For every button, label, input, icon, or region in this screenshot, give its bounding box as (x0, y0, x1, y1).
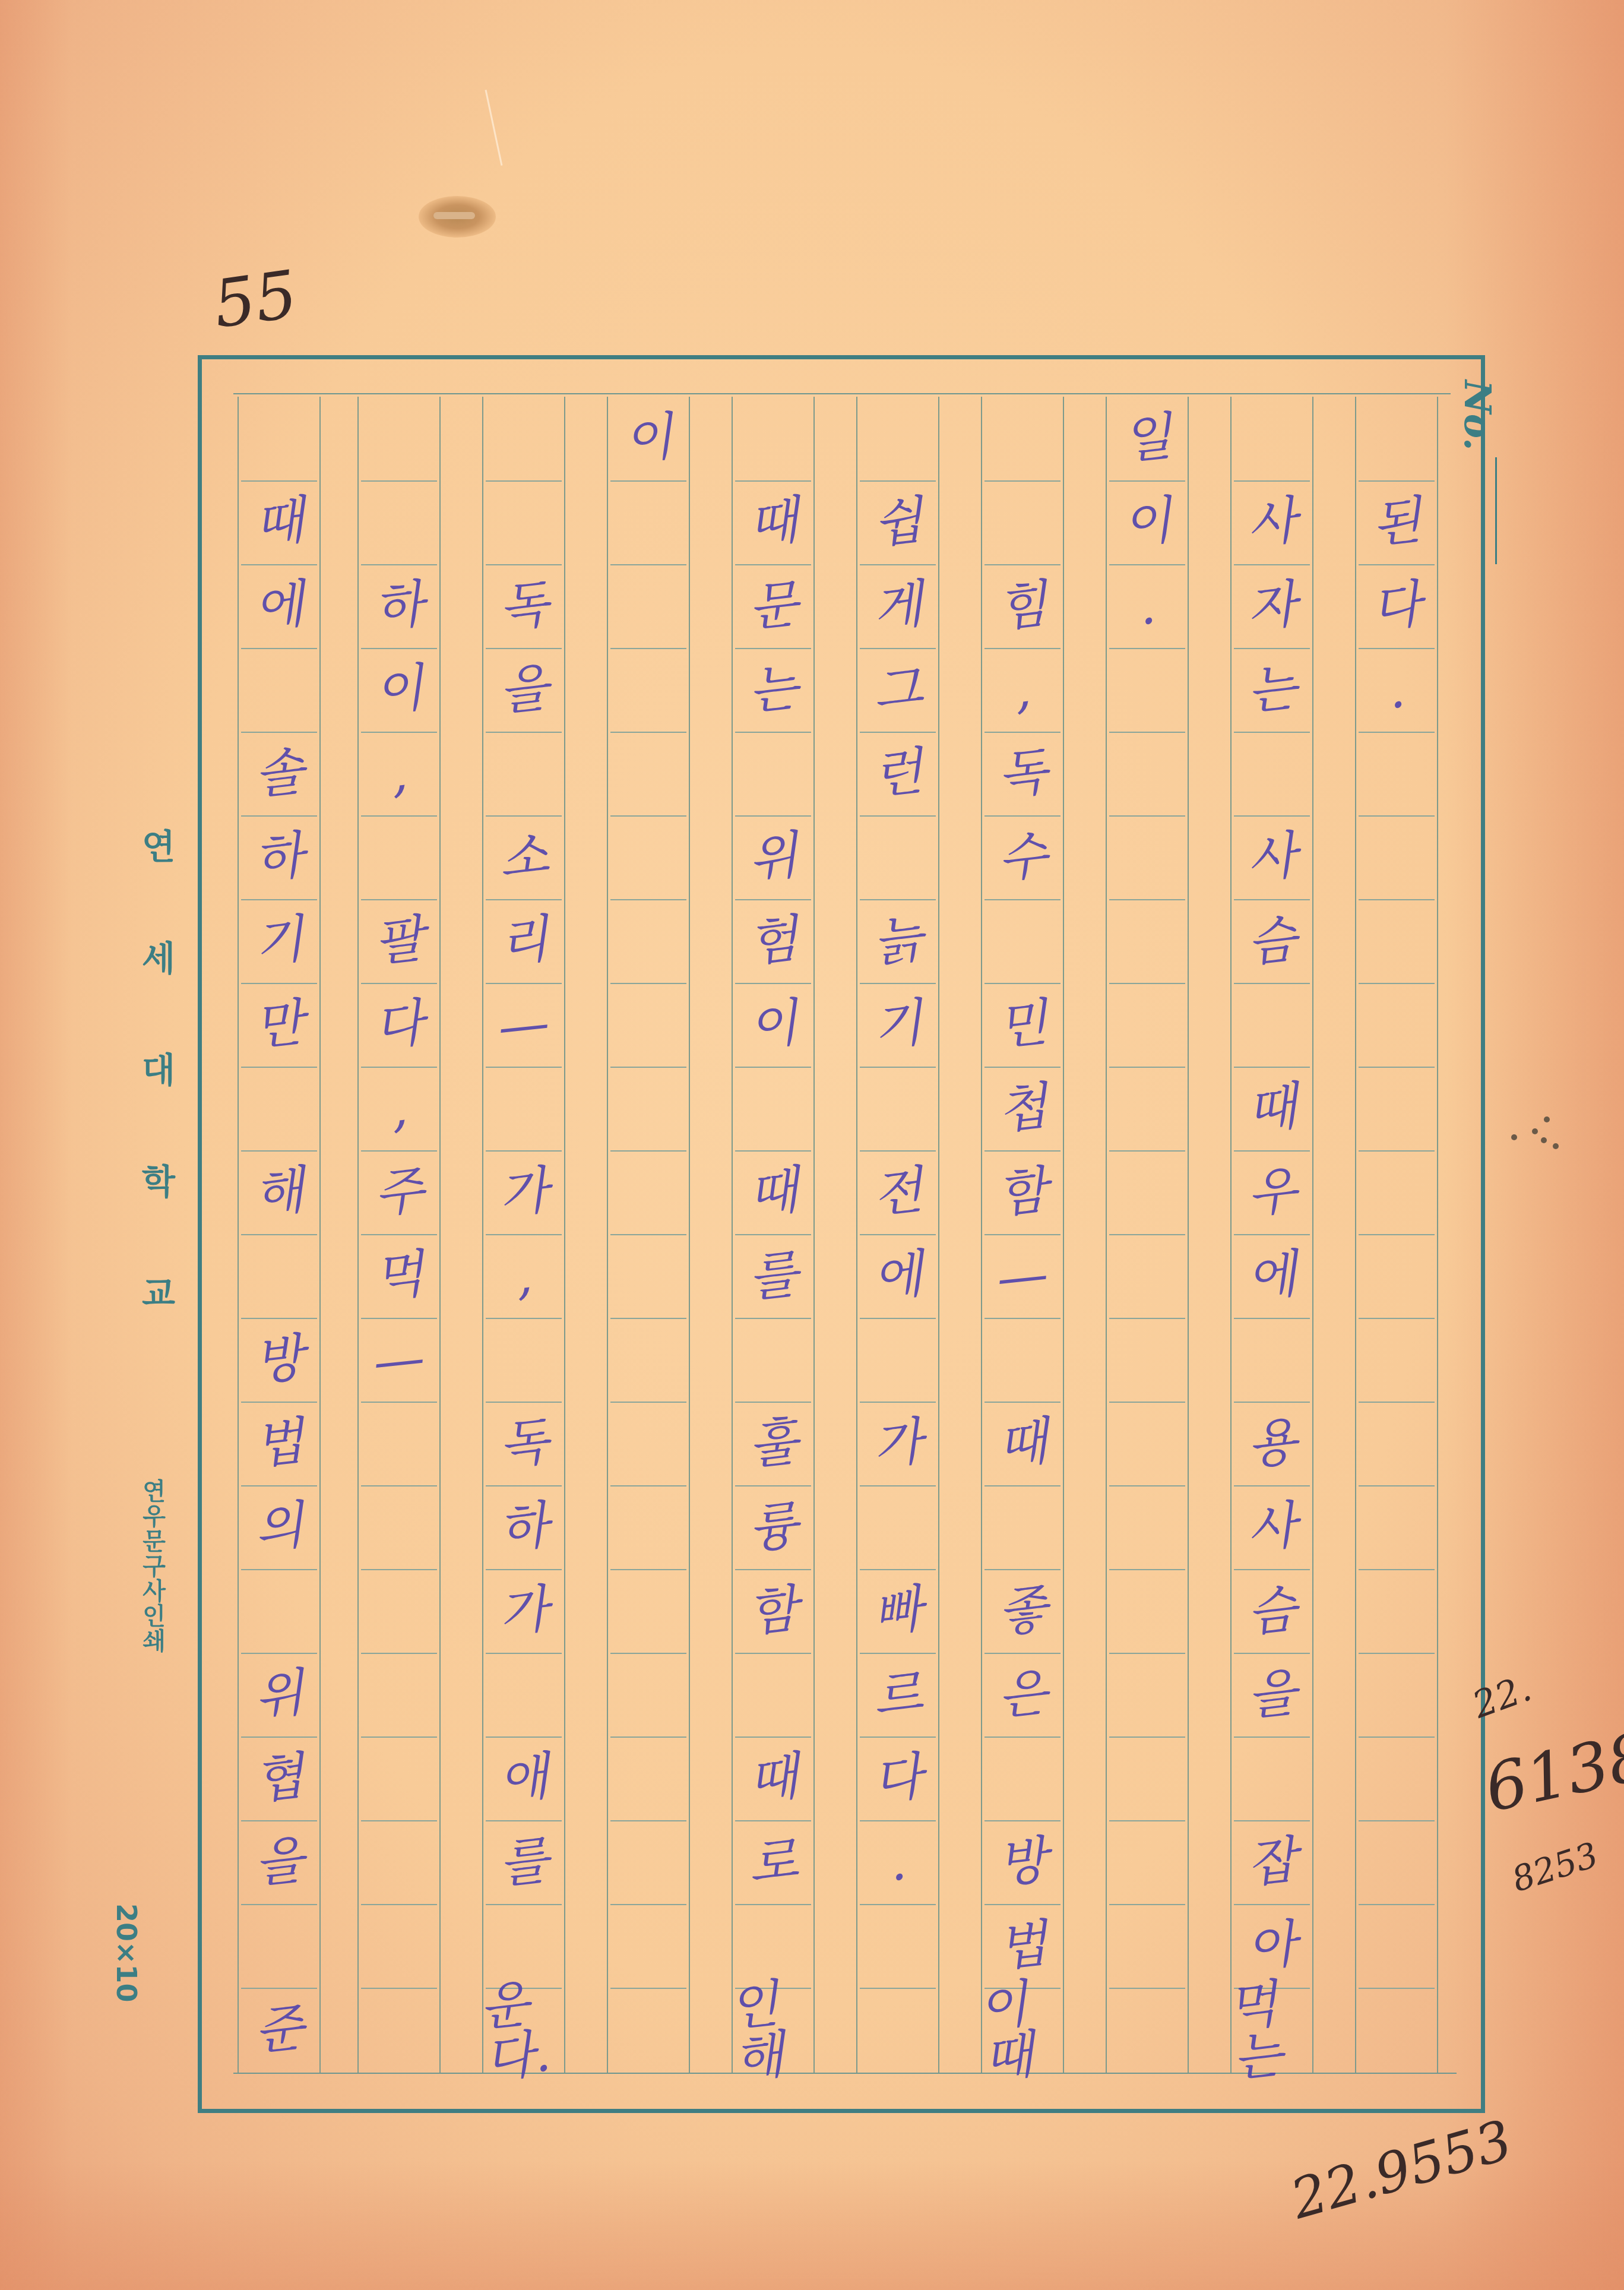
handwritten-cell (977, 476, 1068, 568)
handwritten-cell: 첩 (977, 1062, 1068, 1155)
handwritten-cell: 다 (852, 1732, 944, 1824)
handwritten-cell (233, 1565, 325, 1657)
handwritten-cell: 전 (852, 1146, 944, 1238)
handwritten-cell (478, 393, 569, 485)
handwritten-cell: — (977, 1230, 1068, 1322)
handwritten-cell: 를 (727, 1230, 819, 1322)
handwritten-cell (233, 644, 325, 736)
handwritten-cell (233, 1062, 325, 1155)
handwritten-cell: 이 (727, 979, 819, 1071)
handwritten-cell: 방 (977, 1816, 1068, 1908)
handwritten-cell: 만 (233, 979, 325, 1071)
handwritten-cell (977, 1314, 1068, 1406)
handwritten-cell: 다 (1351, 560, 1442, 652)
handwritten-column: 이 (607, 397, 690, 2073)
handwritten-cell (852, 393, 944, 485)
handwritten-cell: 험 (727, 895, 819, 987)
handwritten-cell: 좋 (977, 1565, 1068, 1657)
handwritten-cell (233, 1900, 325, 1992)
handwritten-cell: 쉽 (852, 476, 944, 568)
handwritten-column: 때문는위험이때를훌륭함때로인해 (732, 397, 815, 2073)
handwritten-column: 사자는사슴때우에용사슴을잡아먹는 (1230, 397, 1313, 2073)
handwritten-cell (478, 1062, 569, 1155)
school-name-label: 연세대학교 (131, 828, 181, 1387)
handwritten-cell: 함 (977, 1146, 1068, 1238)
handwritten-cell: 르 (852, 1649, 944, 1741)
handwritten-cell (977, 1732, 1068, 1824)
handwritten-cell: 때 (727, 1146, 819, 1238)
handwritten-cell: 일 (1101, 393, 1193, 485)
handwritten-cell: 먹는 (1226, 1984, 1318, 2076)
handwritten-cell: 하 (233, 811, 325, 903)
handwritten-cell: 소 (478, 811, 569, 903)
handwritten-cell: 을 (478, 644, 569, 736)
handwritten-cell: 을 (1226, 1649, 1318, 1741)
handwritten-cell: 에 (852, 1230, 944, 1322)
handwritten-column: 쉽게그런늙기전에가빠르다. (856, 397, 939, 2073)
printer-label: 연우문구사인쇄 (135, 1479, 169, 1653)
handwritten-column: 일이. (1106, 397, 1189, 2073)
handwritten-cell: 슴 (1226, 895, 1318, 987)
handwritten-cell: . (1101, 560, 1193, 652)
handwritten-cell: 이 (603, 393, 694, 485)
handwritten-cell: 이 (353, 644, 445, 736)
handwritten-cell: 가 (478, 1146, 569, 1238)
handwritten-cell: 게 (852, 560, 944, 652)
handwritten-cell (727, 1314, 819, 1406)
handwritten-cell: 륭 (727, 1481, 819, 1573)
handwritten-cell: 는 (727, 644, 819, 736)
handwritten-cell: — (478, 979, 569, 1071)
handwritten-cell: , (353, 728, 445, 820)
handwritten-cell (852, 1481, 944, 1573)
paper-left-edge-shading (0, 0, 71, 2290)
handwritten-cell: 을 (233, 1816, 325, 1908)
handwritten-cell: , (977, 644, 1068, 736)
handwritten-cell (478, 1314, 569, 1406)
handwritten-cell (353, 811, 445, 903)
handwritten-cell: 민 (977, 979, 1068, 1071)
handwritten-cell: 때 (727, 476, 819, 568)
handwritten-cell: 문 (727, 560, 819, 652)
handwritten-cell: 함 (727, 1565, 819, 1657)
handwritten-cell: , (478, 1230, 569, 1322)
handwritten-cell: 힘 (977, 560, 1068, 652)
handwritten-cell: 늙 (852, 895, 944, 987)
handwritten-cell (977, 1481, 1068, 1573)
ink-specks (1511, 1116, 1559, 1152)
handwritten-cell: 이 (1101, 476, 1193, 568)
handwritten-cell: 가 (478, 1565, 569, 1657)
handwritten-cell: 기 (233, 895, 325, 987)
handwritten-cell: 방 (233, 1314, 325, 1406)
handwritten-cell: 은 (977, 1649, 1068, 1741)
paper-size-label: 20×10 (110, 1903, 143, 2003)
handwritten-cell: 법 (233, 1397, 325, 1489)
handwritten-cell: 때 (727, 1732, 819, 1824)
handwritten-cell (1226, 1314, 1318, 1406)
staple-slit (433, 212, 475, 219)
handwritten-cell: 사 (1226, 1481, 1318, 1573)
handwritten-cell: — (353, 1314, 445, 1406)
handwritten-cell: 자 (1226, 560, 1318, 652)
handwritten-column: 독을소리—가,독하가애를운다. (482, 397, 565, 2073)
handwritten-cell: 훌 (727, 1397, 819, 1489)
handwritten-cell: 하 (478, 1481, 569, 1573)
handwritten-cell (1226, 393, 1318, 485)
handwritten-cell (727, 1062, 819, 1155)
handwritten-cell (233, 1230, 325, 1322)
handwritten-cell: 된 (1351, 476, 1442, 568)
handwritten-cell (852, 1314, 944, 1406)
handwritten-cell (1226, 1732, 1318, 1824)
handwritten-cell: 사 (1226, 811, 1318, 903)
handwritten-cell (852, 811, 944, 903)
handwritten-cell (977, 895, 1068, 987)
handwritten-cell: 주 (353, 1146, 445, 1238)
handwritten-column: 하이,팔다,주먹— (357, 397, 441, 2073)
handwritten-cell: 로 (727, 1816, 819, 1908)
handwritten-cell (233, 393, 325, 485)
handwritten-cell: 사 (1226, 476, 1318, 568)
handwritten-cell: 다 (353, 979, 445, 1071)
handwritten-cell: 독 (977, 728, 1068, 820)
paper-crease (485, 90, 503, 166)
handwritten-cell: . (852, 1816, 944, 1908)
handwritten-cell (478, 476, 569, 568)
handwritten-cell: 하 (353, 560, 445, 652)
handwritten-cell (478, 1649, 569, 1741)
handwritten-cell: 먹 (353, 1230, 445, 1322)
handwritten-column: 된다. (1355, 397, 1438, 2073)
handwritten-cell (1226, 728, 1318, 820)
handwritten-cell (1226, 979, 1318, 1071)
handwritten-cell: 우 (1226, 1146, 1318, 1238)
handwritten-cell: 그 (852, 644, 944, 736)
handwritten-cell: 독 (478, 560, 569, 652)
handwritten-cell: 런 (852, 728, 944, 820)
handwritten-cell (1351, 393, 1442, 485)
handwritten-cell: 때 (977, 1397, 1068, 1489)
handwritten-cell: , (353, 1062, 445, 1155)
handwritten-cell: 잡 (1226, 1816, 1318, 1908)
handwritten-cell: . (1351, 644, 1442, 736)
number-blank-line (1495, 457, 1497, 564)
handwritten-cell: 위 (233, 1649, 325, 1741)
handwritten-cell: 를 (478, 1816, 569, 1908)
handwritten-cell: 위 (727, 811, 819, 903)
handwritten-cell: 수 (977, 811, 1068, 903)
page-number: 55 (209, 256, 302, 343)
handwritten-cell: 인해 (727, 1984, 819, 2076)
handwritten-cell: 이 때 (977, 1984, 1068, 2076)
handwritten-cell: 해 (233, 1146, 325, 1238)
number-label: No. (1456, 380, 1499, 451)
handwritten-column: 힘,독수민첩함—때좋은방법이 때 (981, 397, 1064, 2073)
handwritten-cell: 슴 (1226, 1565, 1318, 1657)
handwritten-cell: 애 (478, 1732, 569, 1824)
handwritten-cell (727, 1649, 819, 1741)
handwritten-cell: 빠 (852, 1565, 944, 1657)
handwritten-cell (977, 393, 1068, 485)
handwritten-column: 때에솔하기만해방법의위협을준 (238, 397, 321, 2073)
handwritten-cell: 협 (233, 1732, 325, 1824)
handwritten-cell: 용 (1226, 1397, 1318, 1489)
handwritten-cell: 에 (1226, 1230, 1318, 1322)
handwritten-cell: 가 (852, 1397, 944, 1489)
handwritten-cell (727, 393, 819, 485)
handwritten-cell: 준 (233, 1984, 325, 2076)
handwritten-cell: 때 (233, 476, 325, 568)
handwritten-cell: 기 (852, 979, 944, 1071)
handwritten-cell (478, 728, 569, 820)
handwritten-cell: 리 (478, 895, 569, 987)
handwritten-cell (852, 1062, 944, 1155)
handwritten-cell (727, 728, 819, 820)
handwritten-cell: 독 (478, 1397, 569, 1489)
archive-number: 6138 (1479, 1717, 1624, 1826)
handwritten-cell: 때 (1226, 1062, 1318, 1155)
archive-number-secondary: 8253 (1507, 1834, 1603, 1900)
handwritten-cell: 운다. (478, 1984, 569, 2076)
handwritten-cell: 솔 (233, 728, 325, 820)
handwritten-cell (353, 476, 445, 568)
handwritten-cell: 에 (233, 560, 325, 652)
handwritten-cell: 의 (233, 1481, 325, 1573)
handwritten-cell (353, 393, 445, 485)
handwritten-cell: 팔 (353, 895, 445, 987)
handwritten-cell: 는 (1226, 644, 1318, 736)
archive-catalog-number: 22.9553 (1284, 2108, 1519, 2232)
